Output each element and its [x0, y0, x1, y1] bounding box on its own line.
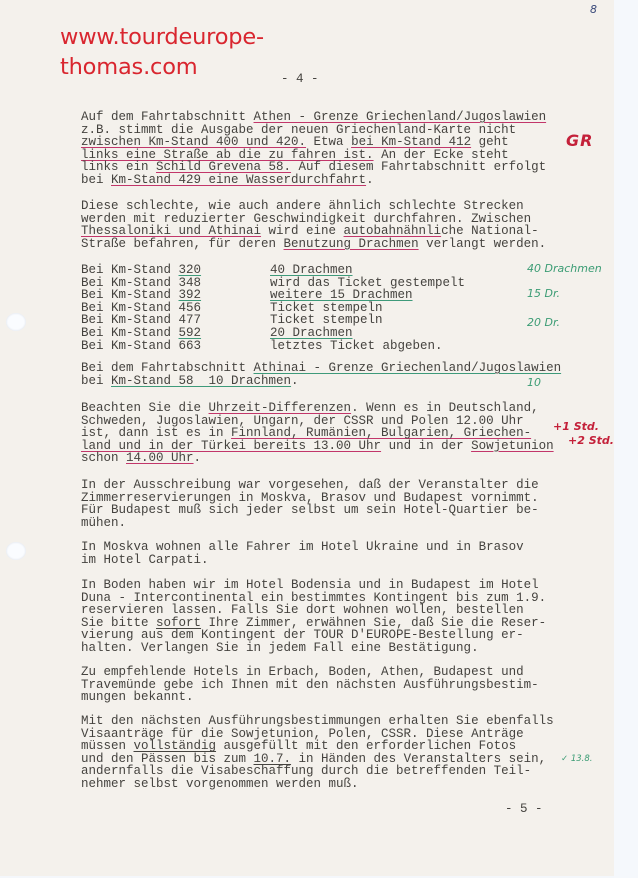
watermark-line1: www.tourdeurope- — [60, 22, 264, 52]
text-line: bei Km-Stand 58 10 Drachmen. — [81, 375, 299, 388]
page-header-number: - 4 - — [281, 72, 319, 86]
text-line: schon 14.00 Uhr. — [81, 452, 201, 465]
text-run: . — [366, 173, 374, 187]
underlined-text: Km-Stand 429 eine Wasserdurchfahrt — [111, 173, 366, 187]
text-run: verlangt werden. — [419, 237, 547, 251]
scan-edge — [614, 0, 638, 878]
text-line: im Hotel Carpati. — [81, 554, 209, 567]
text-run: mühen. — [81, 516, 126, 530]
toll-table-row: Bei Km-Stand 663letztes Ticket abgeben. — [81, 340, 201, 353]
margin-note-plus1: +1 Std. — [553, 420, 599, 433]
punch-hole — [6, 313, 26, 331]
text-line: mühen. — [81, 517, 126, 530]
text-run: und in der — [381, 439, 471, 453]
underlined-text: Km-Stand 58 10 Drachmen — [111, 374, 291, 388]
corner-page-number: 8 — [590, 3, 597, 16]
watermark-line2: thomas.com — [60, 52, 264, 82]
margin-note-toll: 15 Dr. — [527, 287, 560, 300]
underlined-text: Benutzung Drachmen — [284, 237, 419, 251]
text-line: halten. Verlangen Sie in jedem Fall eine… — [81, 642, 479, 655]
text-line: bei Km-Stand 429 eine Wasserdurchfahrt. — [81, 174, 374, 187]
text-run: schon — [81, 451, 126, 465]
margin-note-check: ✓ 13.8. — [561, 754, 592, 764]
underlined-text: Sowjetunion — [471, 439, 554, 453]
km-value: 663 — [179, 339, 202, 353]
text-line: nehmer selbst vorgenommen werden muß. — [81, 778, 359, 791]
text-line: Straße befahren, für deren Benutzung Dra… — [81, 238, 546, 251]
margin-note-plus2: +2 Std. — [568, 434, 614, 447]
text-run: halten. Verlangen Sie in jedem Fall eine… — [81, 641, 479, 655]
margin-note-gr: GR — [566, 131, 593, 150]
margin-note-toll: 40 Drachmen — [527, 262, 602, 275]
text-run: bei — [81, 173, 111, 187]
text-line: mungen bekannt. — [81, 691, 194, 704]
text-run: . — [291, 374, 299, 388]
text-run: mungen bekannt. — [81, 690, 194, 704]
text-run: bei — [81, 374, 111, 388]
margin-note-toll: 20 Dr. — [527, 316, 560, 329]
text-run: Für Budapest muß sich jeder selbst um se… — [81, 503, 539, 517]
margin-note-10: 10 — [527, 376, 541, 389]
text-run: im Hotel Carpati. — [81, 553, 209, 567]
page-footer-number: - 5 - — [505, 802, 543, 816]
text-run: Straße befahren, für deren — [81, 237, 284, 251]
text-line: Für Budapest muß sich jeder selbst um se… — [81, 504, 539, 517]
text-run: . — [194, 451, 202, 465]
watermark: www.tourdeurope- thomas.com — [60, 22, 264, 82]
punch-hole — [6, 542, 26, 560]
underlined-text: Athinai - Grenze Griechenland/Jugoslawie… — [254, 361, 562, 375]
toll-note: letztes Ticket abgeben. — [270, 340, 443, 353]
underlined-text: 14.00 Uhr — [126, 451, 194, 465]
text-run: nehmer selbst vorgenommen werden muß. — [81, 777, 359, 791]
km-label: Bei Km-Stand — [81, 339, 179, 353]
